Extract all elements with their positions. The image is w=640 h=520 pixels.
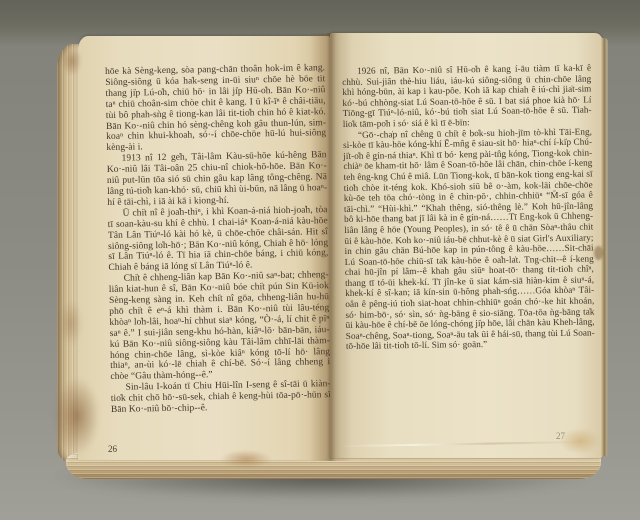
paragraph: Ū chi̍t nî ê joa̍h-thiⁿ, i khì Koan-á-ni… <box>107 205 328 274</box>
right-page-text: 1926 nî, Bān Ko·-niû sî Hū-o̍h ê kang í-… <box>342 63 595 352</box>
right-page-number: 27 <box>556 431 565 441</box>
left-page-text: hōe kà Sèng-keng, sòa pang-chān thoân ho… <box>105 63 331 416</box>
right-page: 1926 nî, Bān Ko·-niû sî Hū-o̍h ê kang í-… <box>330 33 603 458</box>
left-page-number: 26 <box>108 444 117 454</box>
paragraph: Chi̍t ê chheng-liân kap Bān Ko·-niû saⁿ-… <box>109 270 331 383</box>
paragraph: 1926 nî, Bān Ko·-niû sî Hū-o̍h ê kang í-… <box>342 63 592 130</box>
table-background: hōe kà Sèng-keng, sòa pang-chān thoân ho… <box>0 0 640 520</box>
paragraph: “Gō·-cha̍p nî chêng ū chi̍t ê bo̍k-su hi… <box>343 126 595 352</box>
paragraph: 1913 nî 12 ge̍h, Tâi-lâm Kàu-sū-hōe kú-h… <box>107 150 328 208</box>
paragraph: Sin-lâu I-koán tī Chiu Hūi-lîn I-seng ê … <box>111 379 332 416</box>
paragraph: hōe kà Sèng-keng, sòa pang-chān thoân ho… <box>105 63 326 154</box>
left-page: hōe kà Sèng-keng, sòa pang-chān thoân ho… <box>78 36 330 460</box>
right-page-edge <box>601 38 608 456</box>
